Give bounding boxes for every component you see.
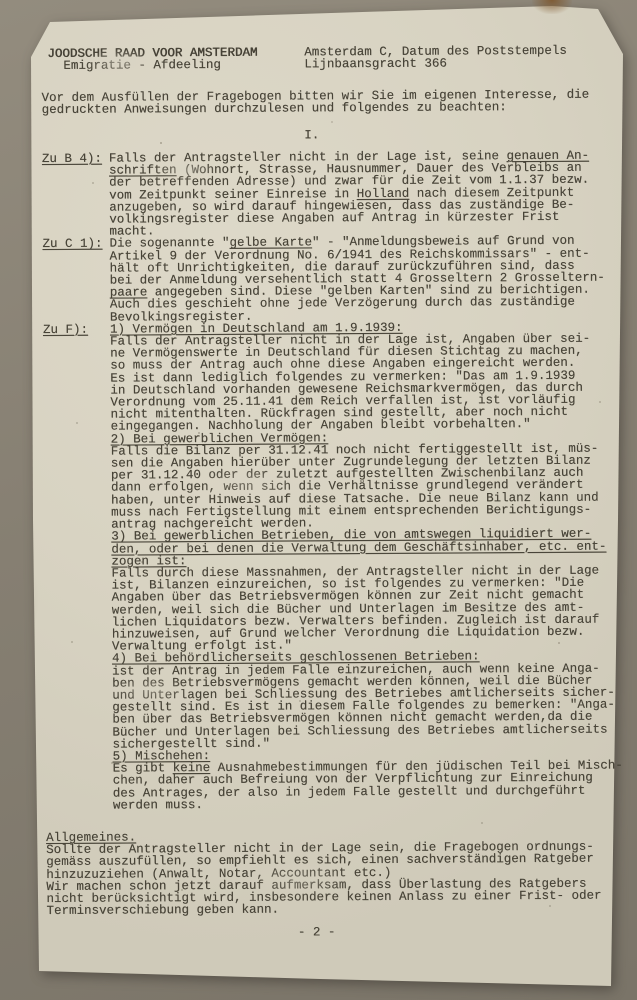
block-lines: Die sogenannte "gelbe Karte" - "Anmeldun…	[109, 235, 605, 323]
instruction-block: Zu F):1) Vermögen in Deutschland am 1.9.…	[43, 320, 623, 812]
text-segment: Terminsverschiebung geben kann.	[46, 903, 279, 918]
address-header: Amsterdam C, Datum des Poststempels Lijn…	[304, 45, 567, 71]
typewritten-content: JOODSCHE RAAD VOOR AMSTERDAM Emigratie -…	[41, 0, 612, 1000]
instruction-blocks: Zu B 4):Falls der Antragsteller nicht in…	[42, 149, 623, 811]
text-segment: gedruckten Anweisungen durchzulesen und …	[42, 100, 507, 117]
ink-bleed-smudge	[0, 200, 44, 660]
organization-header: JOODSCHE RAAD VOOR AMSTERDAM Emigratie -…	[47, 47, 257, 73]
text-line: gedruckten Anweisungen durchzulesen und …	[42, 101, 590, 117]
organization-department: Emigratie - Afdeeling	[47, 59, 257, 72]
block-lines: 1) Vermögen in Deutschland am 1.9.1939:F…	[110, 320, 623, 811]
block-lines: Falls der Antragsteller nicht in der Lag…	[109, 150, 590, 238]
instruction-block: Zu C 1):Die sogenannte "gelbe Karte" - "…	[42, 235, 620, 324]
text-line: volkingsregister diese Angaben auf Antra…	[109, 211, 589, 226]
block-label: Zu B 4):	[42, 153, 109, 166]
scanned-document-view: JOODSCHE RAAD VOOR AMSTERDAM Emigratie -…	[0, 0, 637, 1000]
general-paragraph: Sollte der Antragsteller nicht in der La…	[46, 841, 602, 918]
general-section: Allgemeines. Sollte der Antragsteller ni…	[46, 829, 602, 918]
block-label: Zu C 1):	[42, 238, 109, 251]
page-number: - 2 -	[47, 925, 587, 941]
intro-paragraph: Vor dem Ausfüllen der Fragebogen bitten …	[42, 89, 590, 117]
text-line: den, oder bei denen die Verwaltung dem G…	[111, 540, 621, 555]
instruction-block: Zu B 4):Falls der Antragsteller nicht in…	[42, 149, 620, 238]
address-line-2: Lijnbaansgracht 366	[304, 57, 567, 71]
text-segment: volkingsregister diese Angaben auf Antra…	[109, 210, 559, 227]
section-numeral: I.	[42, 128, 582, 144]
text-segment: werden muss.	[113, 798, 203, 813]
block-label: Zu F):	[43, 323, 110, 336]
paper-speckles	[0, 0, 2, 2]
